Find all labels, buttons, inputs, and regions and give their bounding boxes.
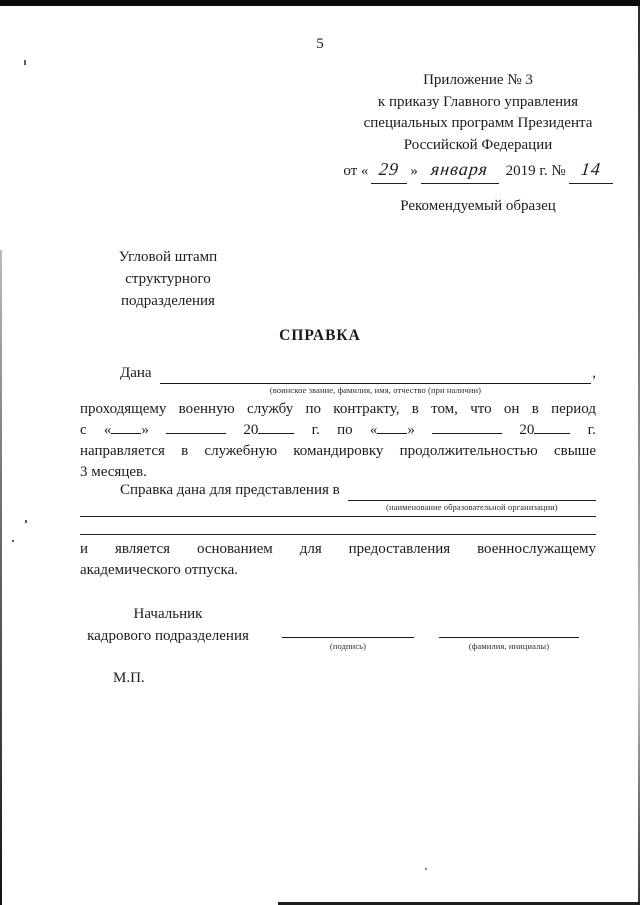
day-blank [377, 421, 407, 434]
organization-caption: (наименование образовательной организаци… [348, 502, 596, 513]
month-blank [166, 421, 226, 434]
paragraph-line: академического отпуска. [80, 560, 596, 581]
name-caption: (фамилия, инициалы) [439, 641, 579, 652]
issued-to-blank-line: (воинское звание, фамилия, имя, отчество… [160, 366, 592, 384]
word-s: с [80, 420, 87, 441]
word-g: г. [312, 420, 320, 441]
year-prefix: 20 [243, 420, 258, 441]
signer-title-line: Начальник [80, 603, 256, 625]
blank-continuation-line [80, 534, 596, 535]
handwritten-order-number: 14 [569, 157, 613, 184]
appendix-line: к приказу Главного управления [352, 92, 604, 114]
name-field: (фамилия, инициалы) [439, 637, 579, 652]
paragraph-line: направляется в служебную командировку пр… [80, 441, 596, 462]
period-blank-line: с «» 20 г. по «» 20 г. [80, 420, 596, 441]
signature-caption: (подпись) [282, 641, 414, 652]
scan-speck [425, 868, 427, 870]
year-prefix: 20 [519, 420, 534, 441]
appendix-header: Приложение № 3 к приказу Главного управл… [352, 70, 604, 218]
handwritten-day: 29 [371, 157, 407, 184]
day-blank-group: «» [104, 420, 149, 441]
date-prefix: от « [343, 159, 368, 183]
seal-placeholder: М.П. [113, 670, 145, 687]
scan-edge-top [0, 0, 640, 6]
organization-blank-line: (наименование образовательной организаци… [348, 483, 596, 501]
year-blank-group: 20 [243, 420, 294, 441]
paragraph-line: проходящему военную службу по контракту,… [80, 399, 596, 420]
scan-speck [24, 60, 26, 65]
year-blank [534, 421, 570, 434]
document-body: Дана (воинское звание, фамилия, имя, отч… [80, 366, 596, 581]
recommended-sample-note: Рекомендуемый образец [352, 196, 604, 218]
handwritten-month: января [421, 157, 499, 184]
corner-stamp-note: Угловой штамп структурного подразделения [80, 246, 256, 312]
blank-continuation-line [80, 516, 596, 517]
open-quote: « [104, 420, 112, 441]
main-paragraph: проходящему военную службу по контракту,… [80, 399, 596, 483]
open-quote: « [370, 420, 378, 441]
appendix-line: Российской Федерации [352, 135, 604, 157]
appendix-title: Приложение № 3 [352, 70, 604, 92]
year-blank [258, 421, 294, 434]
name-blank-line [439, 637, 579, 638]
issued-to-label: Дана [80, 363, 152, 384]
signature-field: (подпись) [282, 637, 414, 652]
issued-to-caption: (воинское звание, фамилия, имя, отчество… [160, 385, 592, 396]
year-blank-group: 20 [519, 420, 570, 441]
stamp-note-line: Угловой штамп [80, 246, 256, 268]
close-quote: » [407, 420, 415, 441]
day-blank-group: «» [370, 420, 415, 441]
closing-paragraph: и является основанием для предоставления… [80, 539, 596, 581]
scan-speck [25, 520, 27, 523]
signature-row: Начальник кадрового подразделения (подпи… [80, 603, 596, 652]
document-title: СПРАВКА [0, 327, 640, 345]
signature-block: Начальник кадрового подразделения (подпи… [80, 603, 596, 652]
signer-title-line: кадрового подразделения [80, 625, 256, 647]
page-number: 5 [0, 36, 640, 53]
date-close-quote: » [410, 159, 418, 183]
paragraph-line: и является основанием для предоставления… [80, 539, 596, 560]
stamp-note-line: структурного подразделения [80, 268, 256, 312]
presented-to-label: Справка дана для представления в [80, 480, 340, 501]
presented-to-row: Справка дана для представления в (наимен… [80, 483, 596, 501]
close-quote: » [141, 420, 149, 441]
trailing-comma: , [592, 363, 596, 384]
word-po: по [337, 420, 353, 441]
scan-edge-left [0, 250, 2, 905]
order-date-line: от «29»января 2019 г. №14 [352, 157, 604, 184]
word-g: г. [588, 420, 596, 441]
signature-blank-line [282, 637, 414, 638]
scan-speck [12, 540, 14, 542]
appendix-line: специальных программ Президента [352, 113, 604, 135]
signer-title: Начальник кадрового подразделения [80, 603, 256, 647]
month-blank [432, 421, 502, 434]
issued-to-row: Дана (воинское звание, фамилия, имя, отч… [80, 366, 596, 384]
day-blank [111, 421, 141, 434]
date-suffix: 2019 г. № [506, 159, 566, 183]
